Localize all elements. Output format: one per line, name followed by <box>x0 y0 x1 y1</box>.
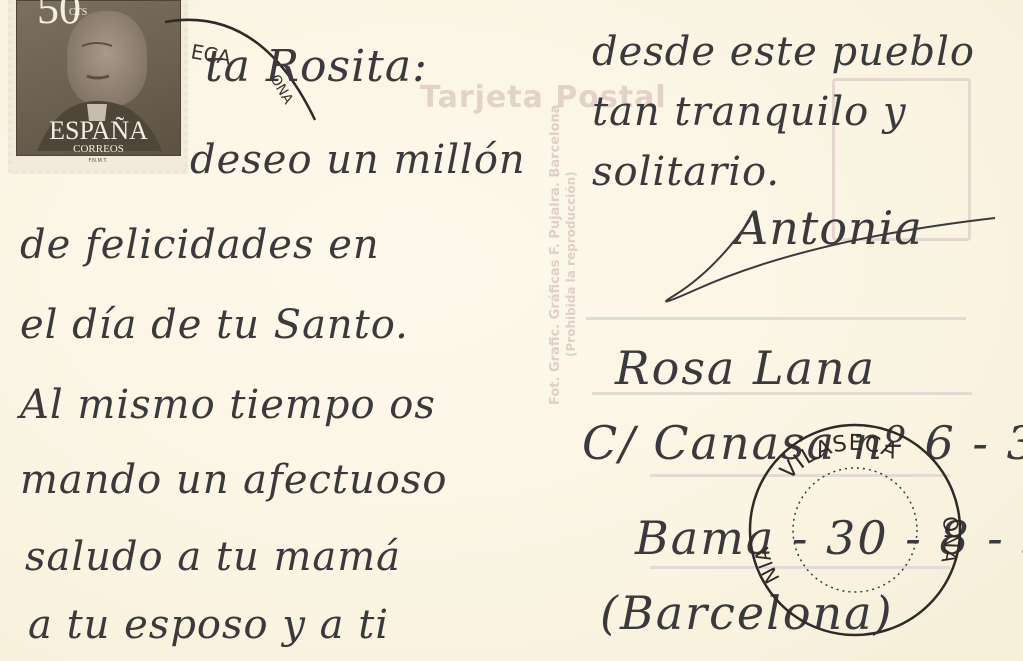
postcard-back: Tarjeta Postal Fot. Grafic. Gráficas F. … <box>0 0 1023 661</box>
stamp-unit: CTS <box>69 7 87 18</box>
postmark-vilaseca-icon: VILASECA NIA ONA <box>740 415 970 640</box>
message-line: de felicidades en <box>20 225 380 265</box>
message-line: mando un afectuoso <box>20 460 447 500</box>
address-rule <box>586 317 966 320</box>
printer-credit: Fot. Grafic. Gráficas F. Pujalra. Barcel… <box>548 105 579 405</box>
message-line: saludo a tu mamá <box>25 537 401 577</box>
message-line: solitario. <box>592 152 780 192</box>
printer-credit-line-1: Fot. Grafic. Gráficas F. Pujalra. Barcel… <box>548 105 564 405</box>
greeting-line: ta Rosita: <box>205 45 428 89</box>
message-line: tan tranquilo y <box>592 92 907 132</box>
message-line: el día de tu Santo. <box>20 305 409 345</box>
message-line: deseo un millón <box>190 140 526 180</box>
message-line: desde este pueblo <box>592 32 975 72</box>
svg-text:NIA: NIA <box>749 545 784 588</box>
svg-text:VILASECA: VILASECA <box>776 431 902 485</box>
svg-text:ONA: ONA <box>936 515 963 566</box>
stamp-printer: F.N.M.T. <box>8 158 188 164</box>
message-line: Al mismo tiempo os <box>20 385 436 425</box>
printer-credit-line-2: (Prohibida la reproducción) <box>564 105 579 405</box>
signature-flourish-icon <box>655 210 1000 310</box>
message-line: a tu esposo y a ti <box>28 605 389 645</box>
address-name: Rosa Lana <box>615 345 876 391</box>
